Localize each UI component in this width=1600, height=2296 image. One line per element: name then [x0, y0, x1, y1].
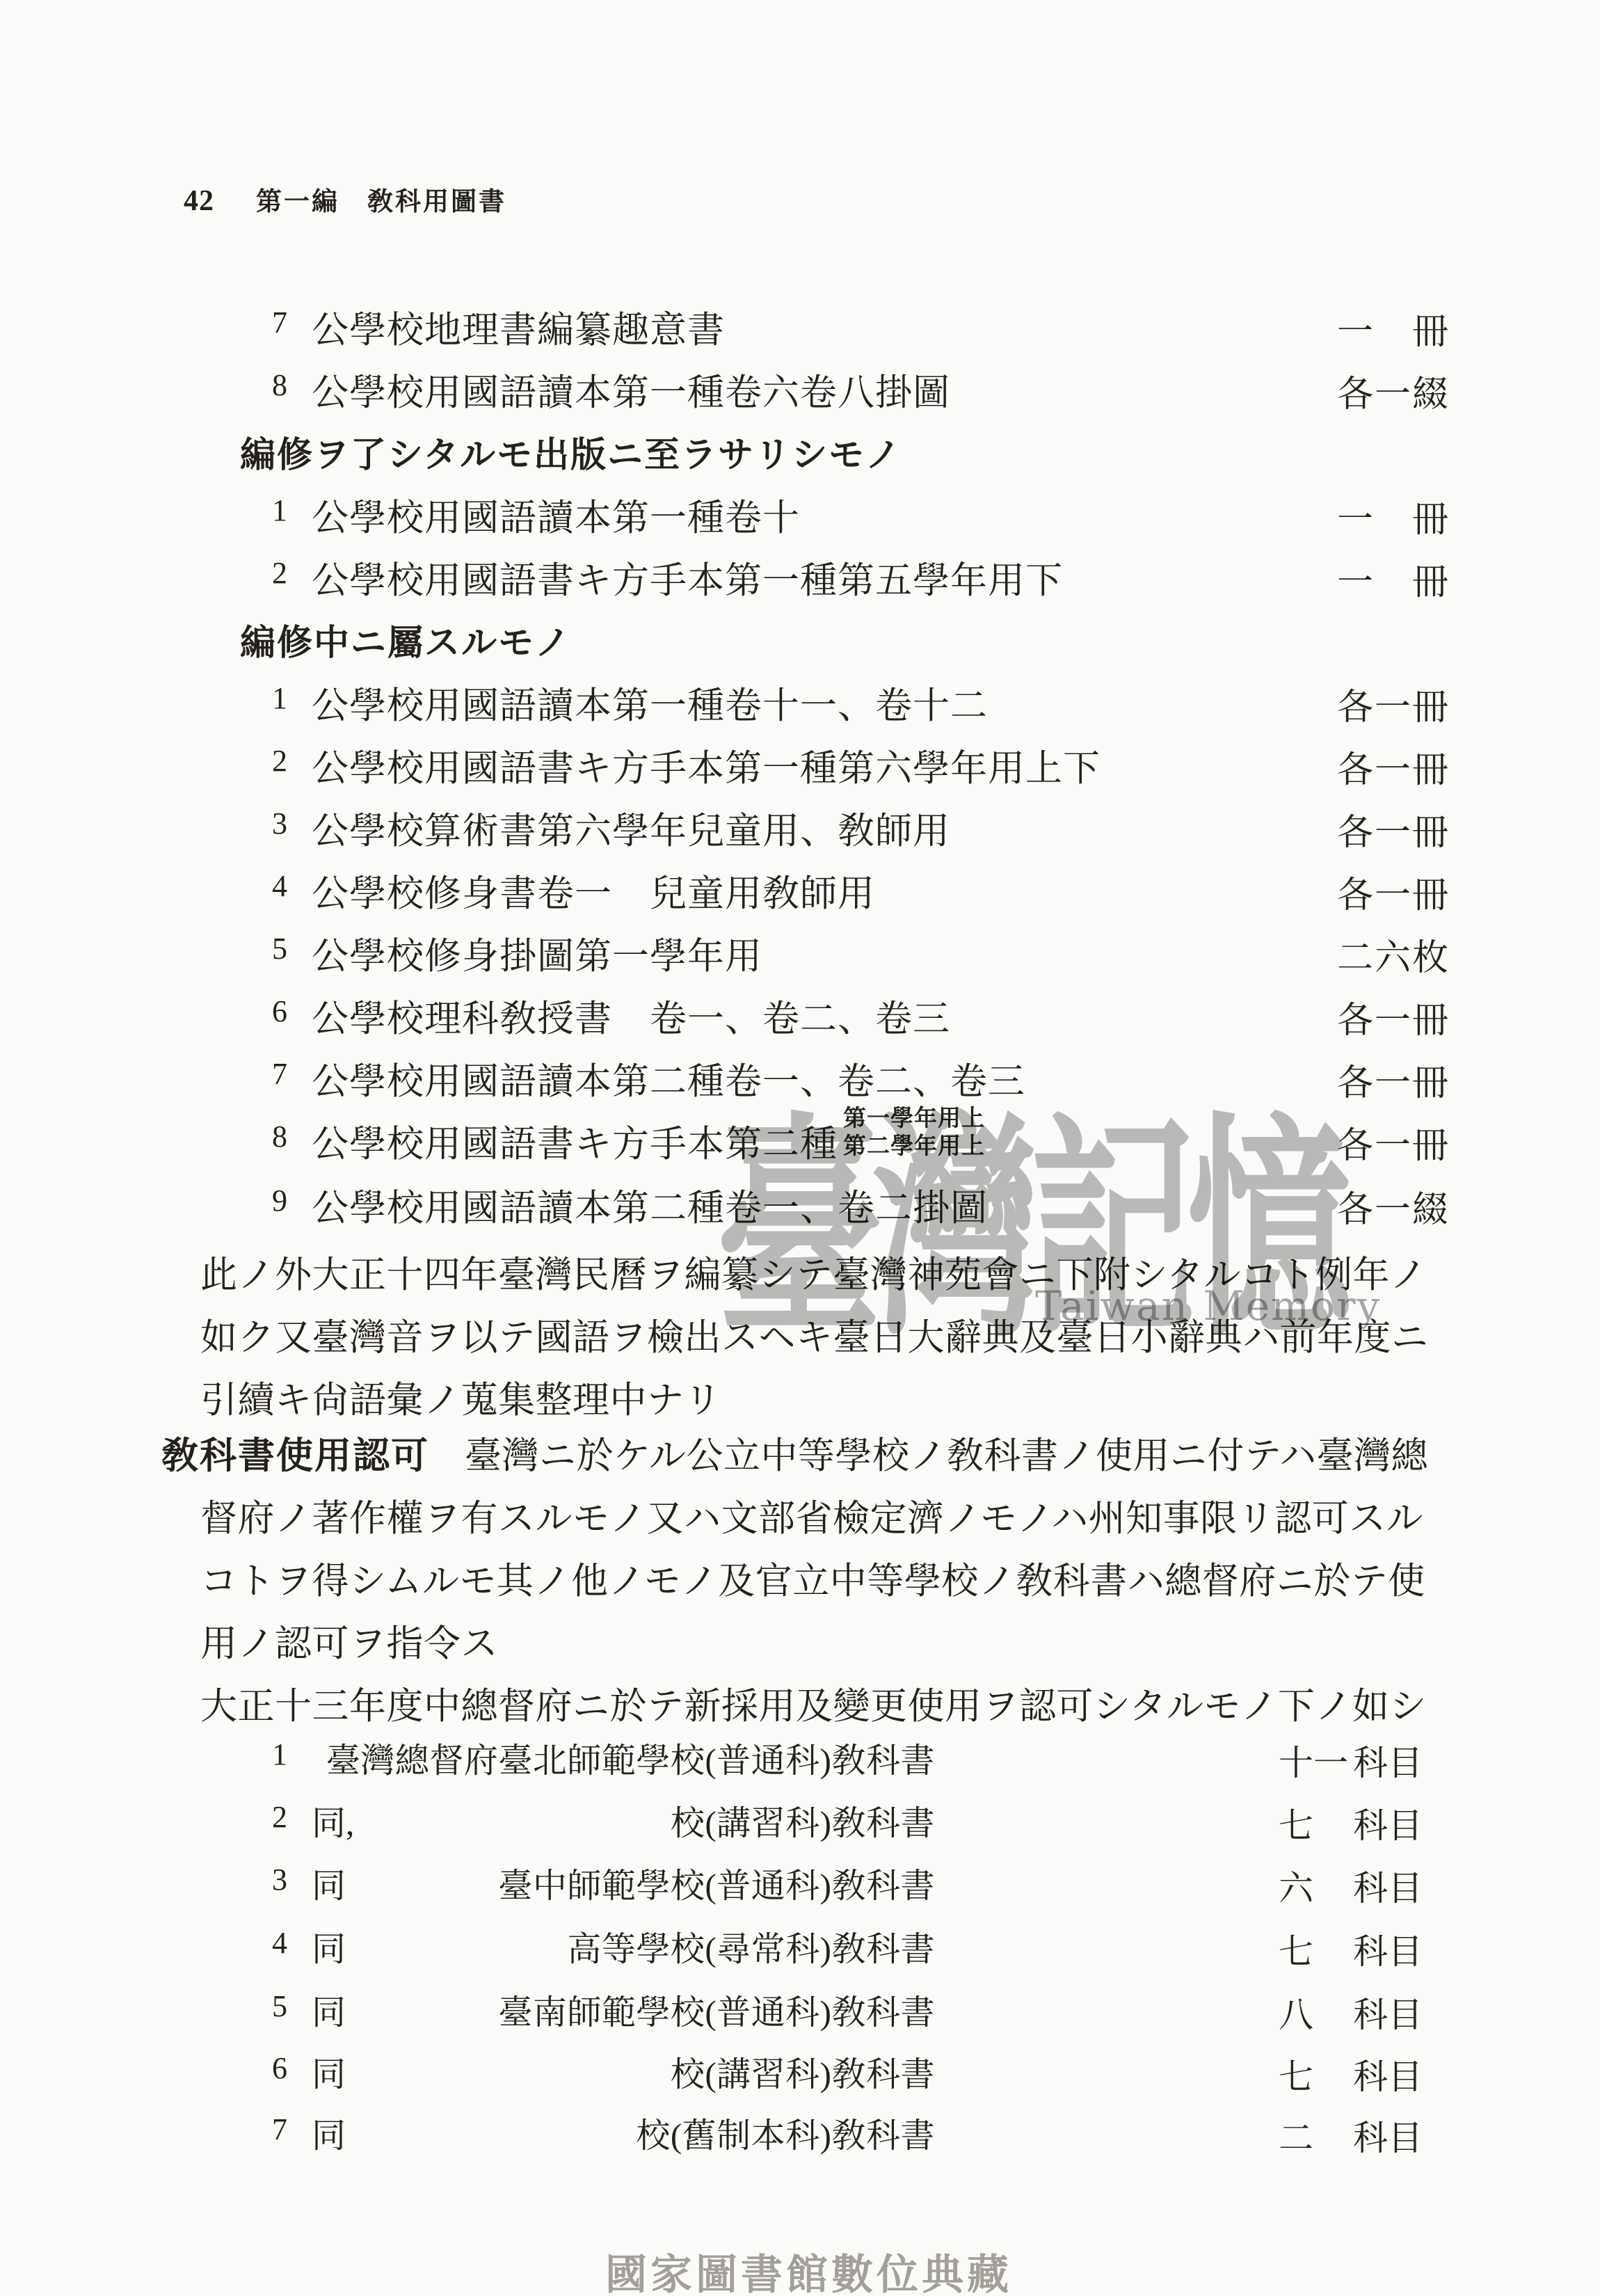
- school-name: 校(講習科)敎科書: [280, 1796, 935, 1845]
- quantity-char: 各: [1337, 365, 1373, 417]
- list-item: 7公學校地理書編纂趣意書一冊: [0, 301, 1600, 344]
- item-title: 公學校地理書編纂趣意書: [312, 301, 725, 353]
- item-number: 5: [272, 931, 287, 966]
- paragraph-text: 用ノ認可ヲ指令ス: [200, 1614, 498, 1667]
- subject-count-unit: 科目: [1353, 1987, 1423, 2037]
- quantity-char: 一: [1375, 740, 1411, 792]
- quantity-char: 一: [1375, 678, 1411, 730]
- approval-row: 5同臺南師範學校(普通科)敎科書八科目: [0, 1984, 1600, 2027]
- quantity-char: 二: [1337, 928, 1373, 980]
- item-title: 公學校用國語書キ方手本第一種第六學年用上下: [312, 739, 1101, 792]
- item-quantity: 各一冊: [1337, 1053, 1448, 1106]
- section-heading-text: 編修中ニ屬スルモノ: [240, 614, 572, 665]
- subject-count-number: 二: [1279, 2110, 1313, 2160]
- quantity-char: 冊: [1412, 302, 1448, 354]
- quantity-char: 冊: [1412, 803, 1448, 855]
- section-title: 第一編 敎科用圖書: [256, 189, 506, 215]
- item-number: 8: [272, 367, 287, 403]
- scanned-document-page: 42 第一編 敎科用圖書 7公學校地理書編纂趣意書一冊8公學校用國語讀本第一種卷…: [0, 0, 1600, 2296]
- quantity-char: 枚: [1412, 928, 1448, 980]
- subject-count-unit: 科目: [1353, 2049, 1423, 2099]
- footer-library-stamp: 國家圖書館數位典藏: [605, 2254, 1012, 2296]
- subject-count: 十一科目: [1279, 1735, 1423, 1785]
- item-quantity: 一冊: [1337, 552, 1448, 605]
- item-title: 公學校理科敎授書 卷一、卷二、卷三: [312, 989, 950, 1042]
- paragraph-line: コトヲ得シムルモ其ノ他ノモノ及官立中等學校ノ敎科書ハ總督府ニ於テ使: [0, 1552, 1600, 1595]
- quantity-char: 冊: [1412, 991, 1448, 1043]
- subject-count-number: 十一: [1279, 1735, 1348, 1785]
- paragraph-line: 督府ノ著作權ヲ有スルモノ又ハ文部省檢定濟ノモノハ州知事限リ認可スル: [0, 1489, 1600, 1532]
- subject-count-number: 八: [1279, 1987, 1313, 2037]
- item-title: 公學校用國語讀本第一種卷十: [312, 488, 800, 541]
- school-name: 校(舊制本科)敎科書: [280, 2109, 935, 2158]
- quantity-char: 綴: [1412, 1180, 1448, 1232]
- item-number: 7: [272, 1056, 287, 1092]
- quantity-char: 一: [1337, 490, 1373, 542]
- item-number: 2: [272, 555, 287, 591]
- quantity-char: 各: [1337, 803, 1373, 855]
- list-item: 3公學校算術書第六學年兒童用、敎師用各一冊: [0, 802, 1600, 845]
- quantity-char: 冊: [1412, 1053, 1448, 1106]
- list-item: 2公學校用國語書キ方手本第一種第六學年用上下各一冊: [0, 739, 1600, 782]
- item-quantity: 二六枚: [1337, 928, 1448, 980]
- subject-count-unit: 科目: [1353, 1735, 1423, 1785]
- quantity-char: 一: [1375, 803, 1411, 855]
- item-quantity: 各一冊: [1337, 1116, 1448, 1168]
- item-number: 2: [272, 743, 287, 779]
- subject-count-unit: 科目: [1353, 1924, 1423, 1974]
- list-item: 8公學校用國語讀本第一種卷六卷八掛圖各一綴: [0, 363, 1600, 406]
- approval-row: 4同高等學校(尋常科)敎科書七科目: [0, 1921, 1600, 1964]
- page-number: 42: [184, 186, 214, 216]
- school-name: 臺南師範學校(普通科)敎科書: [280, 1986, 935, 2034]
- quantity-char: 六: [1375, 928, 1411, 980]
- approval-row: 1臺灣總督府臺北師範學校(普通科)敎科書十一科目: [0, 1732, 1600, 1776]
- item-title: 公學校修身書卷一 兒童用敎師用: [312, 864, 875, 917]
- quantity-char: 各: [1337, 678, 1373, 730]
- quantity-char: 一: [1337, 552, 1373, 605]
- item-quantity: 一冊: [1337, 490, 1448, 542]
- approval-heading: 敎科書使用認可: [161, 1426, 429, 1479]
- subject-count-number: 七: [1279, 1798, 1313, 1848]
- subject-count: 七科目: [1279, 1798, 1423, 1848]
- paragraph-line: 用ノ認可ヲ指令ス: [0, 1614, 1600, 1657]
- list-item: 4公學校修身書卷一 兒童用敎師用各一冊: [0, 864, 1600, 907]
- quantity-char: 各: [1337, 866, 1373, 918]
- item-title: 公學校用國語讀本第一種卷十一、卷十二: [312, 676, 988, 729]
- item-quantity: 各一綴: [1337, 1180, 1448, 1232]
- paragraph-line: 引續キ尙語彙ノ蒐集整理中ナリ: [0, 1371, 1600, 1414]
- subject-count: 七科目: [1279, 1924, 1423, 1974]
- item-number: 4: [272, 868, 287, 904]
- quantity-char: 綴: [1412, 365, 1448, 417]
- item-quantity: 各一冊: [1337, 740, 1448, 792]
- item-title: 公學校用國語讀本第一種卷六卷八掛圖: [312, 363, 950, 416]
- item-quantity: 各一冊: [1337, 991, 1448, 1043]
- approval-heading-line: 敎科書使用認可臺灣ニ於ケル公立中等學校ノ敎科書ノ使用ニ付テハ臺灣總: [0, 1426, 1600, 1469]
- item-title: 公學校算術書第六學年兒童用、敎師用: [312, 802, 950, 854]
- subject-count: 七科目: [1279, 2049, 1423, 2099]
- quantity-char: 一: [1375, 1180, 1411, 1232]
- list-item: 1公學校用國語讀本第一種卷十一冊: [0, 488, 1600, 532]
- quantity-char: 一: [1375, 866, 1411, 918]
- subject-count: 八科目: [1279, 1987, 1423, 2037]
- watermark-label: Taiwan Memory: [1035, 1286, 1381, 1326]
- approval-row: 6同校(講習科)敎科書七科目: [0, 2046, 1600, 2089]
- item-number: 1: [272, 493, 287, 528]
- item-title: 公學校用國語書キ方手本第一種第五學年用下: [312, 551, 1063, 604]
- item-quantity: 各一冊: [1337, 866, 1448, 918]
- item-quantity: 各一冊: [1337, 803, 1448, 855]
- list-item: 1公學校用國語讀本第一種卷十一、卷十二各一冊: [0, 676, 1600, 719]
- quantity-char: 一: [1337, 302, 1373, 354]
- subject-count-number: 七: [1279, 2049, 1313, 2099]
- list-item: 5公學校修身掛圖第一學年用二六枚: [0, 927, 1600, 970]
- quantity-char: 冊: [1412, 490, 1448, 542]
- section-heading: 編修中ニ屬スルモノ: [0, 614, 1600, 657]
- item-quantity: 各一冊: [1337, 678, 1448, 730]
- quantity-char: 一: [1375, 1053, 1411, 1106]
- school-name: 臺灣總督府臺北師範學校(普通科)敎科書: [280, 1734, 935, 1783]
- paragraph-text: 大正十三年度中總督府ニ於テ新採用及變更使用ヲ認可シタルモノ下ノ如シ: [200, 1677, 1427, 1730]
- item-number: 3: [272, 806, 287, 841]
- approval-row: 2同,校(講習科)敎科書七科目: [0, 1795, 1600, 1838]
- quantity-char: 冊: [1412, 866, 1448, 918]
- quantity-char: 一: [1375, 365, 1411, 417]
- subject-count-unit: 科目: [1353, 1798, 1423, 1848]
- quantity-char: 冊: [1412, 1116, 1448, 1168]
- item-quantity: 一冊: [1337, 302, 1448, 354]
- paragraph-text: 引續キ尙語彙ノ蒐集整理中ナリ: [200, 1371, 721, 1424]
- list-item: 7公學校用國語讀本第二種卷一、卷二、卷三各一冊: [0, 1052, 1600, 1095]
- school-name: 臺中師範學校(普通科)敎科書: [280, 1859, 935, 1908]
- quantity-char: 一: [1375, 991, 1411, 1043]
- quantity-char: 一: [1375, 1116, 1411, 1168]
- paragraph-text: コトヲ得シムルモ其ノ他ノモノ及官立中等學校ノ敎科書ハ總督府ニ於テ使: [200, 1552, 1425, 1604]
- item-number: 9: [272, 1183, 287, 1218]
- paragraph-text: 督府ノ著作權ヲ有スルモノ又ハ文部省檢定濟ノモノハ州知事限リ認可スル: [200, 1489, 1423, 1542]
- school-name: 校(講習科)敎科書: [280, 2048, 935, 2096]
- list-item: 2公學校用國語書キ方手本第一種第五學年用下一冊: [0, 551, 1600, 594]
- item-number: 7: [272, 305, 287, 340]
- item-number: 6: [272, 994, 287, 1029]
- approval-row: 3同臺中師範學校(普通科)敎科書六科目: [0, 1858, 1600, 1901]
- list-item: 6公學校理科敎授書 卷一、卷二、卷三各一冊: [0, 989, 1600, 1033]
- subject-count-unit: 科目: [1353, 1860, 1423, 1911]
- quantity-char: 各: [1337, 991, 1373, 1043]
- approval-heading-tail: 臺灣ニ於ケル公立中等學校ノ敎科書ノ使用ニ付テハ臺灣總: [465, 1426, 1428, 1479]
- item-number: 8: [272, 1119, 287, 1154]
- quantity-char: 冊: [1412, 552, 1448, 605]
- quantity-char: 各: [1337, 740, 1373, 792]
- section-heading: 編修ヲ了シタルモ出版ニ至ラサリシモノ: [0, 426, 1600, 469]
- section-heading-text: 編修ヲ了シタルモ出版ニ至ラサリシモノ: [240, 426, 902, 477]
- item-number: 1: [272, 680, 287, 716]
- subject-count: 六科目: [1279, 1860, 1423, 1911]
- item-title: 公學校修身掛圖第一學年用: [312, 927, 762, 980]
- item-quantity: 各一綴: [1337, 365, 1448, 417]
- approval-row: 7同校(舊制本科)敎科書二科目: [0, 2107, 1600, 2151]
- quantity-char: 冊: [1412, 740, 1448, 792]
- subject-count: 二科目: [1279, 2110, 1423, 2160]
- paragraph-line: 大正十三年度中總督府ニ於テ新採用及變更使用ヲ認可シタルモノ下ノ如シ: [0, 1677, 1600, 1720]
- quantity-char: 冊: [1412, 678, 1448, 730]
- subject-count-number: 六: [1279, 1860, 1313, 1911]
- subject-count-unit: 科目: [1353, 2110, 1423, 2160]
- subject-count-number: 七: [1279, 1924, 1313, 1974]
- school-name: 高等學校(尋常科)敎科書: [280, 1922, 935, 1971]
